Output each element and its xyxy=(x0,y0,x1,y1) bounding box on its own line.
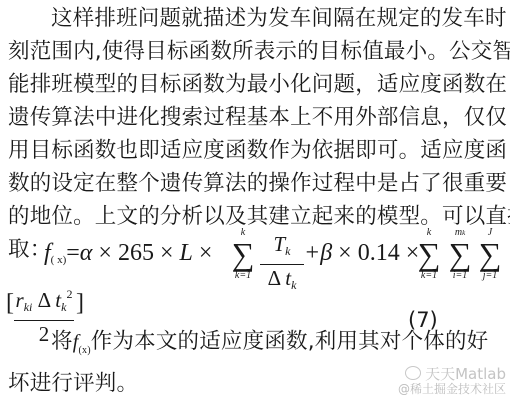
formula-times: × 265 × xyxy=(92,240,179,266)
formula-f: f xyxy=(44,240,51,266)
fraction-bar xyxy=(260,264,304,265)
summation-icon: ∑ xyxy=(414,238,444,270)
text-line: 用目标函数也即适应度函数作为依据即可。适应度函 xyxy=(8,134,508,167)
text-line: 数的设定在整个遗传算法的操作过程中是占了很重要 xyxy=(8,167,508,200)
formula-times: × xyxy=(193,240,213,266)
text-line: 将f(x)作为本文的适应度函数,利用其对个体的好 xyxy=(8,325,508,367)
sum-lower-limit: i=1 xyxy=(445,270,475,281)
text-line: 这样排班问题就描述为发车间隔在规定的发车时 xyxy=(8,2,508,35)
frac-r: r xyxy=(16,288,24,312)
text-rest: 作为本文的适应度函数,利用其对个体的好 xyxy=(91,329,489,354)
formula-eq: = xyxy=(66,240,80,266)
sum-lower-limit: j=1 xyxy=(475,270,505,281)
text-prefix: 将 xyxy=(51,329,73,354)
formula-beta-term: +β × 0.14 × xyxy=(304,240,419,267)
sum-lower-limit: k=1 xyxy=(228,270,258,281)
fraction-T-over-delta-t: Tk Δ tk xyxy=(260,232,304,297)
formula-L: L xyxy=(179,240,192,266)
watermark-subtitle: @稀土掘金技术社区 xyxy=(398,382,506,397)
fraction-bar xyxy=(14,320,74,321)
formula-lhs: f( x)=α × 265 × L × xyxy=(44,240,212,267)
text-line: 刻范围内,使得目标函数所表示的目标值最小。公交智 xyxy=(8,35,508,68)
formula-arg: ( x) xyxy=(51,254,67,266)
frac-t-sub: k xyxy=(61,300,66,314)
formula-beta: +β xyxy=(304,240,332,266)
text-line: 能排班模型的目标函数为最小化问题，适应度函数在 xyxy=(8,68,508,101)
formula-times: × 0.14 × xyxy=(332,240,419,266)
watermark-title: 天天Matlab xyxy=(425,365,506,383)
frac-sup: 2 xyxy=(66,287,72,301)
delta-symbol: Δ xyxy=(268,266,280,290)
watermark-title-row: 天天Matlab xyxy=(398,366,506,382)
bracket-open: [ xyxy=(6,290,14,317)
text-line: 遗传算法中进化搜索过程基本上不用外部信息，仅仅 xyxy=(8,101,508,134)
sum-lower-limit: k=1 xyxy=(414,270,444,281)
delta-symbol: Δ xyxy=(38,288,50,312)
summation-icon: ∑ xyxy=(475,238,505,270)
watermark: 天天Matlab @稀土掘金技术社区 xyxy=(398,366,506,397)
frac-num: T xyxy=(273,232,285,256)
inline-f-sub: (x) xyxy=(78,345,90,356)
bracket-close: ] xyxy=(76,290,84,317)
formula-alpha: α xyxy=(80,240,93,266)
frac-num-sub: k xyxy=(285,244,290,258)
wechat-icon xyxy=(405,366,421,380)
inline-formula: f(x) xyxy=(73,331,91,353)
summation-icon: ∑ xyxy=(228,238,258,270)
summation-icon: ∑ xyxy=(445,238,475,270)
frac-den-sub: k xyxy=(291,278,296,292)
frac-r-sub: ki xyxy=(24,300,33,314)
